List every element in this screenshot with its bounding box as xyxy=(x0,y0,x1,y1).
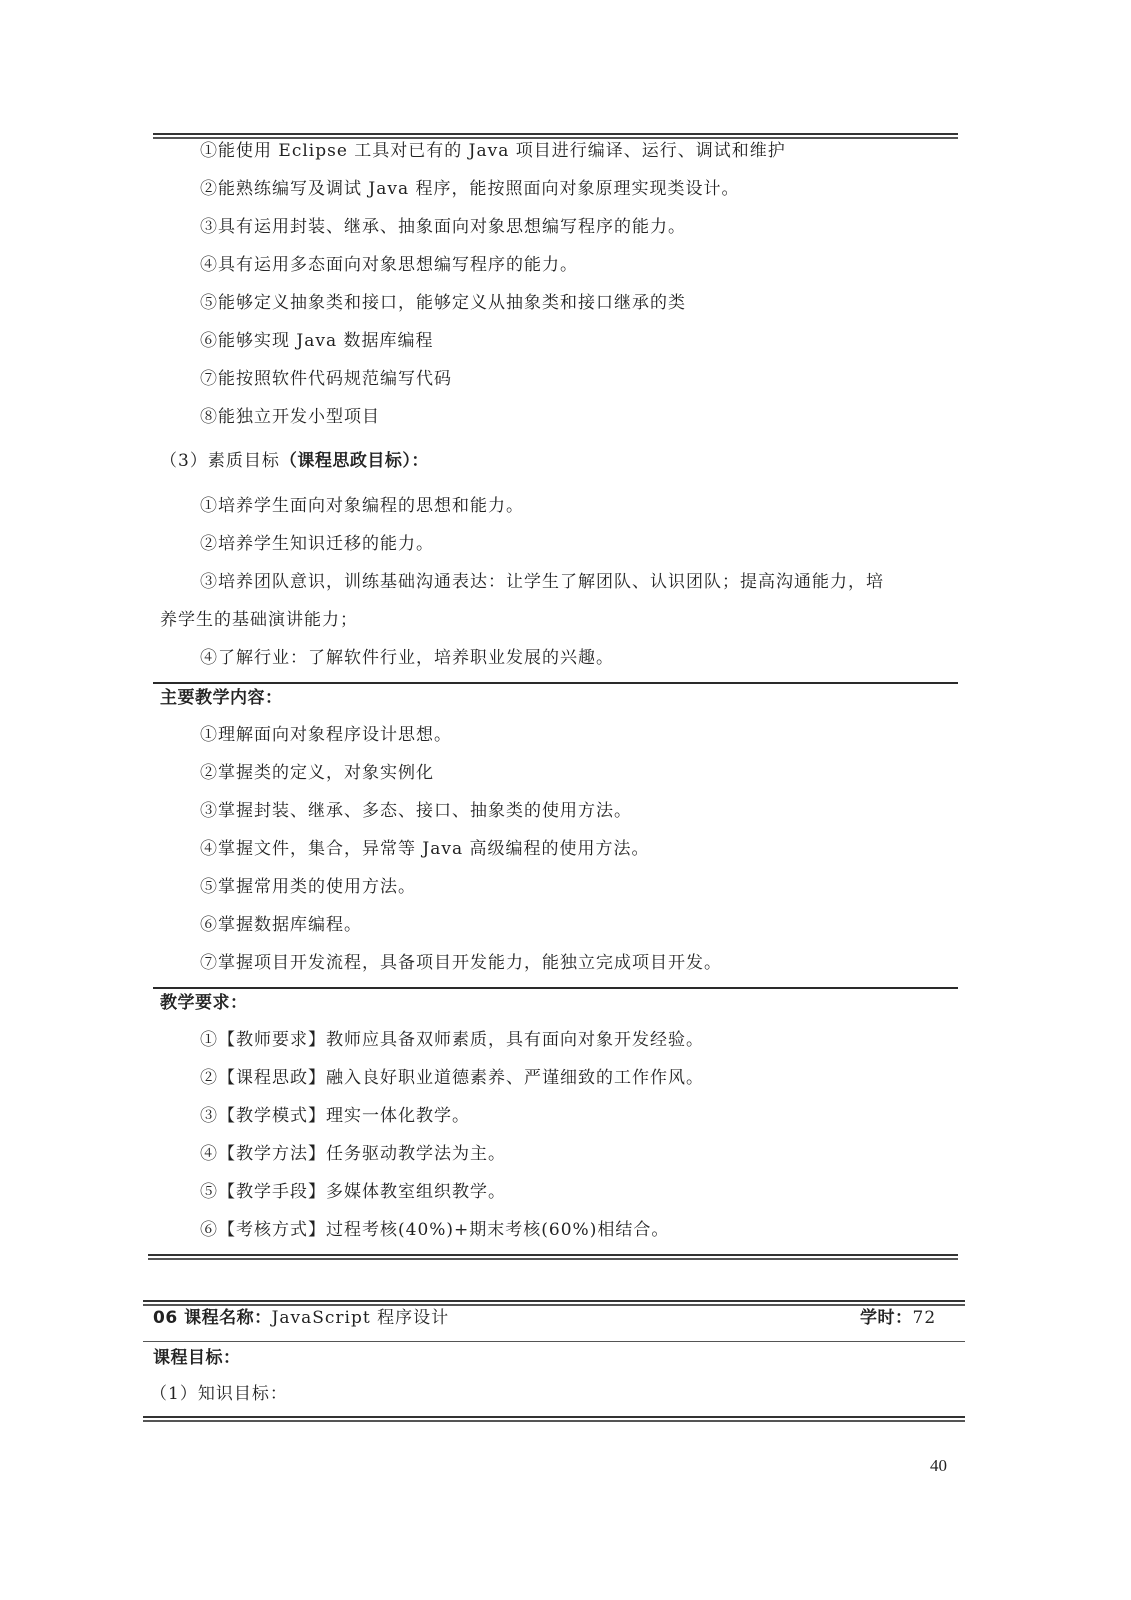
skill-goal-item: ②能熟练编写及调试 Java 程序，能按照面向对象原理实现类设计。 xyxy=(200,178,740,200)
hours-value: 72 xyxy=(913,1308,937,1328)
skill-goal-item: ⑧能独立开发小型项目 xyxy=(200,406,380,428)
quality-goal-item: ④了解行业：了解软件行业，培养职业发展的兴趣。 xyxy=(200,647,614,669)
skill-goal-item: ⑥能够实现 Java 数据库编程 xyxy=(200,330,434,352)
skill-goal-item: ①能使用 Eclipse 工具对已有的 Java 项目进行编译、运行、调试和维护 xyxy=(200,140,786,162)
content-item: ⑤掌握常用类的使用方法。 xyxy=(200,876,416,898)
course-name: JavaScript 程序设计 xyxy=(272,1308,450,1328)
content-item: ④掌握文件，集合，异常等 Java 高级编程的使用方法。 xyxy=(200,838,650,860)
quality-goal-item-cont: 养学生的基础演讲能力； xyxy=(160,609,358,631)
section-divider xyxy=(153,682,958,684)
course-goals-heading: 课程目标： xyxy=(153,1347,241,1369)
course-label: 06 课程名称： xyxy=(153,1308,272,1328)
content-item: ⑦掌握项目开发流程，具备项目开发能力，能独立完成项目开发。 xyxy=(200,952,722,974)
requirement-item: ②【课程思政】融入良好职业道德素养、严谨细致的工作作风。 xyxy=(200,1067,704,1089)
requirement-item: ⑥【考核方式】过程考核(40%)+期末考核(60%)相结合。 xyxy=(200,1219,669,1241)
content-item: ⑥掌握数据库编程。 xyxy=(200,914,362,936)
quality-heading-prefix: （3）素质目标 xyxy=(160,451,280,471)
quality-goals-heading: （3）素质目标（课程思政目标）： xyxy=(160,450,429,472)
hours-label: 学时： xyxy=(860,1308,913,1328)
course-title-row: 06 课程名称：JavaScript 程序设计 xyxy=(153,1307,449,1329)
quality-goal-item: ③培养团队意识，训练基础沟通表达：让学生了解团队、认识团队；提高沟通能力，培 xyxy=(200,571,884,593)
requirements-heading: 教学要求： xyxy=(160,992,248,1014)
quality-heading-bold: （课程思政目标）： xyxy=(280,451,429,471)
skill-goal-item: ④具有运用多态面向对象思想编写程序的能力。 xyxy=(200,254,578,276)
quality-goal-item: ②培养学生知识迁移的能力。 xyxy=(200,533,434,555)
requirement-item: ③【教学模式】理实一体化教学。 xyxy=(200,1105,470,1127)
section-divider xyxy=(143,1341,965,1342)
skill-goal-item: ⑤能够定义抽象类和接口，能够定义从抽象类和接口继承的类 xyxy=(200,292,686,314)
requirement-item: ⑤【教学手段】多媒体教室组织教学。 xyxy=(200,1181,506,1203)
content-item: ②掌握类的定义，对象实例化 xyxy=(200,762,434,784)
knowledge-goals-heading: （1）知识目标： xyxy=(150,1383,288,1405)
content-item: ①理解面向对象程序设计思想。 xyxy=(200,724,452,746)
quality-goal-item: ①培养学生面向对象编程的思想和能力。 xyxy=(200,495,524,517)
table-bottom-rule xyxy=(143,1416,965,1422)
table-top-rule xyxy=(153,133,958,139)
requirement-item: ①【教师要求】教师应具备双师素质，具有面向对象开发经验。 xyxy=(200,1029,704,1051)
skill-goal-item: ⑦能按照软件代码规范编写代码 xyxy=(200,368,452,390)
requirement-item: ④【教学方法】任务驱动教学法为主。 xyxy=(200,1143,506,1165)
table-top-rule xyxy=(143,1300,965,1306)
section-divider xyxy=(153,987,958,989)
content-item: ③掌握封装、继承、多态、接口、抽象类的使用方法。 xyxy=(200,800,632,822)
content-heading: 主要教学内容： xyxy=(160,687,283,709)
table-bottom-rule xyxy=(148,1254,958,1260)
page-number: 40 xyxy=(930,1456,947,1476)
skill-goal-item: ③具有运用封装、继承、抽象面向对象思想编写程序的能力。 xyxy=(200,216,686,238)
course-hours: 学时：72 xyxy=(860,1307,936,1329)
